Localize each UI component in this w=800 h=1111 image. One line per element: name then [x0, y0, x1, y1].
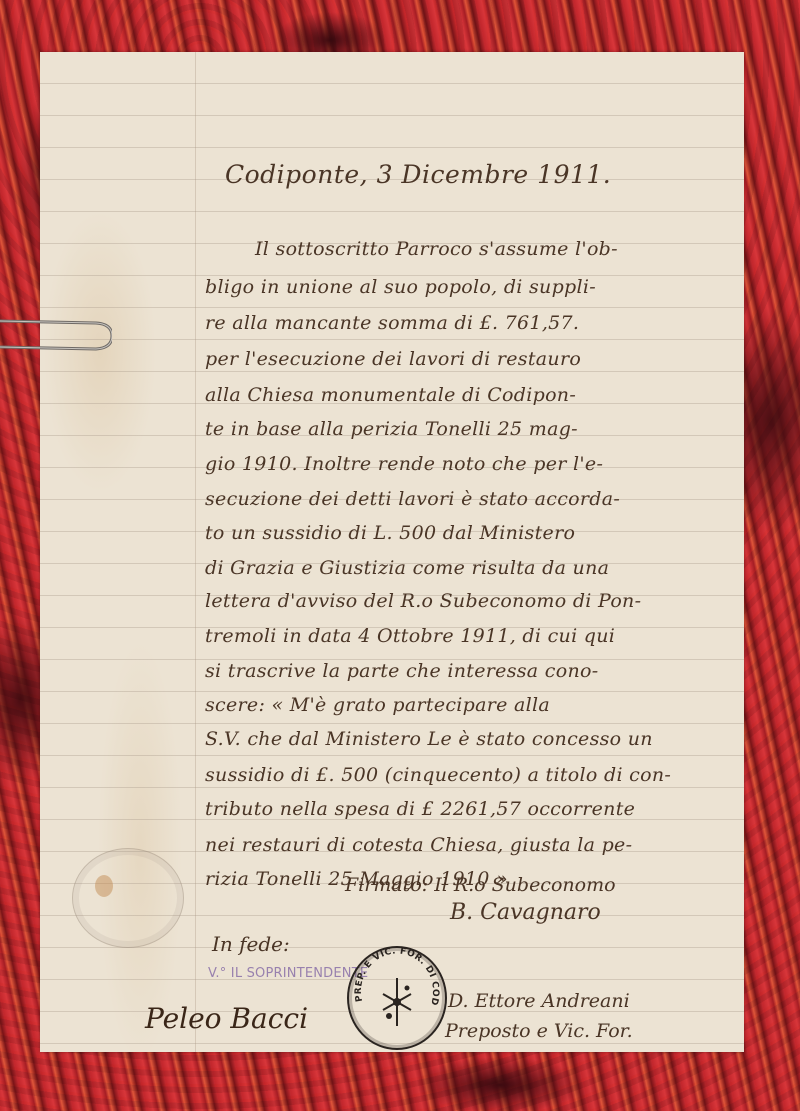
- letter-line: bligo in unione al suo popolo, di suppli…: [205, 276, 596, 298]
- letter-line: per l'esecuzione dei lavori di restauro: [205, 348, 581, 370]
- faint-official-seal: [72, 848, 184, 948]
- letter-heading-date: Codiponte, 3 Dicembre 1911.: [225, 160, 611, 189]
- letter-line: S.V. che dal Ministero Le è stato conces…: [205, 728, 653, 750]
- superintendent-signature: Peleo Bacci: [145, 1002, 308, 1035]
- in-fede-label: In fede:: [212, 932, 290, 956]
- letter-line: si trascrive la parte che interessa cono…: [205, 660, 598, 682]
- paper-clip-icon: [0, 315, 112, 355]
- parish-seal: PREP. E VIC. FOR. DI CODIPONTE: [347, 946, 447, 1050]
- signed-label: Firmato: Il R.o Subeconomo: [345, 874, 616, 896]
- priest-title: Preposto e Vic. For.: [445, 1020, 633, 1042]
- letter-line: tremoli in data 4 Ottobre 1911, di cui q…: [205, 625, 615, 647]
- parish-seal-emblem-icon: PREP. E VIC. FOR. DI CODIPONTE: [349, 948, 445, 1048]
- letter-line: nei restauri di cotesta Chiesa, giusta l…: [205, 834, 632, 856]
- letter-line: di Grazia e Giustizia come risulta da un…: [205, 557, 609, 579]
- letter-line: alla Chiesa monumentale di Codipon-: [205, 384, 576, 406]
- letter-line: Il sottoscritto Parroco s'assume l'ob-: [255, 238, 618, 260]
- svg-text:PREP. E VIC. FOR. DI CODIPONTE: PREP. E VIC. FOR. DI CODIPONTE: [349, 948, 440, 1006]
- letter-line: tributo nella spesa di £ 2261,57 occorre…: [205, 798, 635, 820]
- letter-line: te in base alla perizia Tonelli 25 mag-: [205, 418, 578, 440]
- soprintendente-stamp: V.° IL SOPRINTENDENTE: [208, 966, 368, 981]
- letter-line: scere: « M'è grato partecipare alla: [205, 694, 550, 716]
- letter-line: secuzione dei detti lavori è stato accor…: [205, 488, 620, 510]
- letter-line: to un sussidio di L. 500 dal Ministero: [205, 522, 575, 544]
- letter-line: re alla mancante somma di £. 761,57.: [205, 312, 579, 334]
- letter-line: sussidio di £. 500 (cinquecento) a titol…: [205, 764, 671, 786]
- priest-signature: D. Ettore Andreani: [448, 990, 630, 1012]
- letter-line: lettera d'avviso del R.o Subeconomo di P…: [205, 590, 641, 612]
- letter-line: gio 1910. Inoltre rende noto che per l'e…: [205, 453, 603, 475]
- subeconomo-signature: B. Cavagnaro: [450, 900, 601, 925]
- stain: [95, 875, 113, 897]
